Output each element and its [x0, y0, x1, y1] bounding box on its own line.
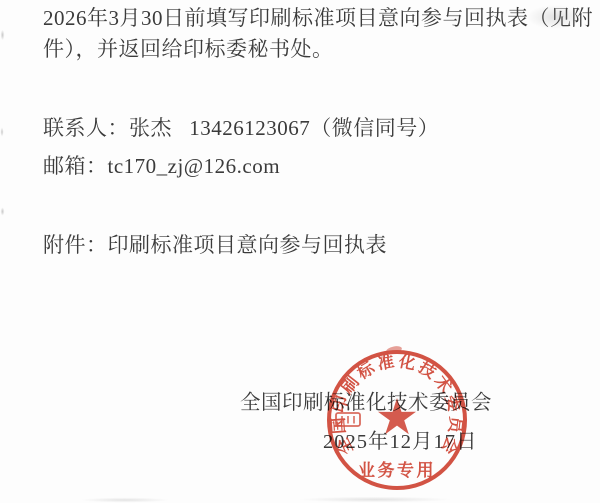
official-seal: 全国印刷标准化技术委员会 业务专用 — [322, 345, 472, 495]
scan-noise — [280, 496, 470, 503]
scan-noise — [0, 28, 5, 42]
seal-bottom-text: 业务专用 — [358, 460, 436, 480]
body-line-1: 2026年3月30日前填写印刷标准项目意向参与回执表（见附 — [43, 6, 593, 31]
contact-person-line: 联系人：张杰 13426123067（微信同号） — [43, 116, 439, 141]
scan-noise — [70, 497, 180, 503]
scan-noise — [0, 206, 5, 217]
contact-email-line: 邮箱：tc170_zj@126.com — [43, 154, 280, 179]
scanned-letter-page: 2026年3月30日前填写印刷标准项目意向参与回执表（见附 件），并返回给印标委… — [0, 0, 600, 503]
scan-noise — [520, 2, 590, 32]
body-line-2: 件），并返回给印标委秘书处。 — [43, 37, 334, 62]
seal-star-icon — [378, 398, 416, 434]
scan-noise — [0, 126, 4, 138]
attachment-line: 附件：印刷标准项目意向参与回执表 — [43, 233, 387, 258]
